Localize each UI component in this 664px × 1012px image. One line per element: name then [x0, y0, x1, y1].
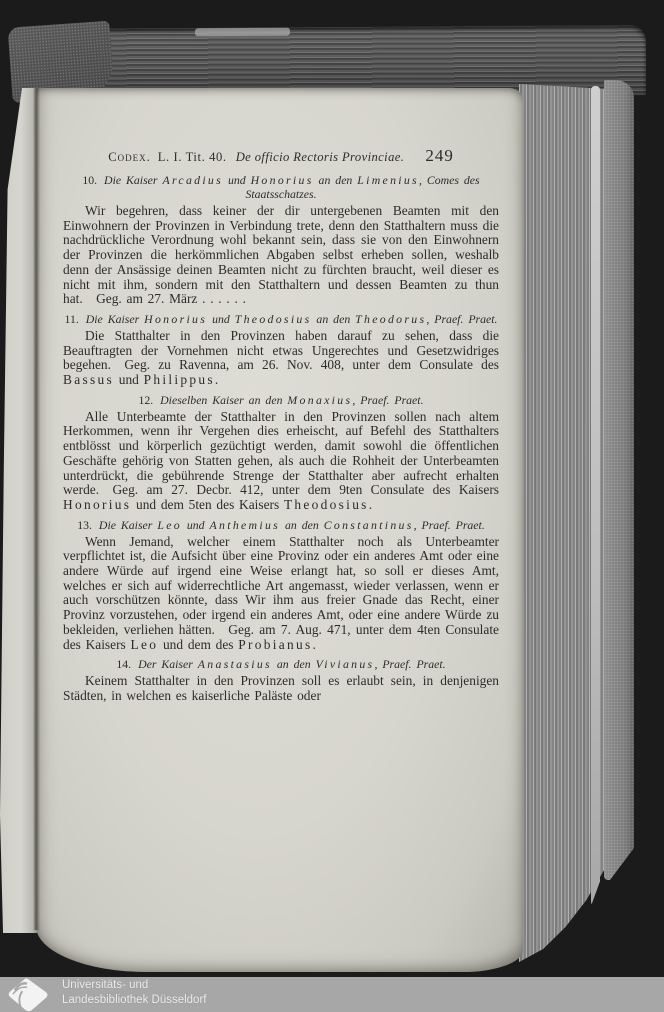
section-13-number: 13.: [77, 518, 92, 532]
section-12-title: Dieselben Kaiser an den Monaxius, Praef.…: [160, 393, 423, 407]
library-name-line1: Universitäts- und: [62, 978, 206, 993]
page-content: Codex. L. I. Tit. 40. De officio Rectori…: [63, 146, 499, 704]
section-13-title: Die Kaiser Leo und Anthemius an den Cons…: [99, 518, 485, 532]
section-11-heading: 11. Die Kaiser Honorius und Theodosius a…: [63, 312, 499, 326]
section-13-heading: 13. Die Kaiser Leo und Anthemius an den …: [63, 518, 499, 532]
section-11-paragraph: Die Statthalter in den Provinzen haben d…: [63, 329, 499, 388]
fore-edge-highlight: [591, 86, 600, 906]
section-11: 11. Die Kaiser Honorius und Theodosius a…: [63, 312, 499, 388]
section-12-paragraph: Alle Unterbeamte der Statthalter in den …: [63, 410, 499, 513]
library-name: Universitäts- und Landesbibliothek Düsse…: [62, 978, 206, 1007]
library-footer-band: Universitäts- und Landesbibliothek Düsse…: [0, 977, 664, 1012]
section-11-title: Die Kaiser Honorius und Theodosius an de…: [86, 312, 498, 326]
section-14-paragraph: Keinem Statthalter in den Provinzen soll…: [63, 674, 499, 703]
library-name-line2: Landesbibliothek Düsseldorf: [62, 993, 206, 1008]
section-14-title: Der Kaiser Anastasius an den Vivianus, P…: [138, 657, 446, 671]
section-14: 14. Der Kaiser Anastasius an den Vivianu…: [63, 657, 499, 703]
running-header: Codex. L. I. Tit. 40. De officio Rectori…: [63, 146, 499, 166]
section-10-title: Die Kaiser Arcadius und Honorius an den …: [104, 173, 480, 201]
section-13: 13. Die Kaiser Leo und Anthemius an den …: [63, 518, 499, 653]
section-10-paragraph: Wir begehren, dass keiner der dir unterg…: [63, 204, 499, 307]
ulb-duesseldorf-logo-icon: [7, 978, 49, 1012]
book-scan: Codex. L. I. Tit. 40. De officio Rectori…: [0, 0, 664, 1012]
section-10-heading: 10. Die Kaiser Arcadius und Honorius an …: [63, 173, 499, 201]
page-number: 249: [425, 146, 454, 166]
book-page: Codex. L. I. Tit. 40. De officio Rectori…: [36, 88, 523, 972]
top-edge-glare: [195, 28, 290, 37]
section-11-number: 11.: [64, 312, 78, 326]
section-12: 12. Dieselben Kaiser an den Monaxius, Pr…: [63, 393, 499, 513]
section-14-number: 14.: [116, 657, 131, 671]
book-gutter-shadow: [33, 88, 40, 930]
section-10: 10. Die Kaiser Arcadius und Honorius an …: [63, 173, 499, 307]
running-title-latin: De officio Rectoris Provinciae.: [236, 150, 405, 165]
book-cover-edge: [604, 80, 634, 880]
section-14-heading: 14. Der Kaiser Anastasius an den Vivianu…: [63, 657, 499, 671]
section-10-number: 10.: [82, 173, 97, 187]
running-title-codex: Codex.: [108, 150, 151, 165]
section-12-number: 12.: [138, 393, 153, 407]
section-13-paragraph: Wenn Jemand, welcher einem Statthalter n…: [63, 535, 499, 653]
running-title-citation: L. I. Tit. 40.: [158, 150, 227, 165]
section-12-heading: 12. Dieselben Kaiser an den Monaxius, Pr…: [63, 393, 499, 407]
